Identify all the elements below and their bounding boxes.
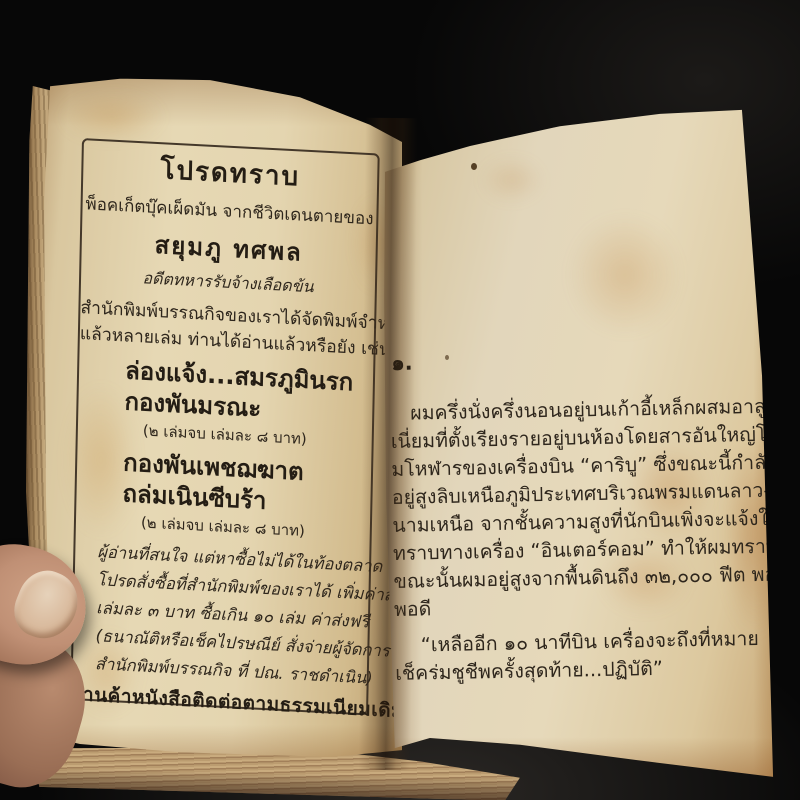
chapter-number: ๑. — [391, 340, 752, 380]
body-text: ๑. ผมครึ่งนั่งครึ่งนอนอยู่บนเก้าอี้เหล็ก… — [389, 340, 757, 688]
paper-speck — [471, 163, 477, 170]
notice-title: โปรดทราบ — [83, 150, 377, 197]
dialogue-line: เช็คร่มชูชีพครั้งสุดท้าย...ปฏิบัติ” — [395, 653, 757, 688]
hand-holding-page — [0, 540, 140, 780]
thumb — [0, 534, 97, 676]
right-page: ๑. ผมครึ่งนั่งครึ่งนอนอยู่บนเก้าอี้เหล็ก… — [383, 103, 777, 785]
thumb-nail — [6, 562, 87, 648]
book-photo-scene: โปรดทราบ พ็อคเก็ตบุ๊คเผ็ดมัน จากชีวิตเดน… — [0, 0, 800, 800]
paper-stain — [470, 150, 554, 210]
paper-stain — [550, 195, 700, 355]
